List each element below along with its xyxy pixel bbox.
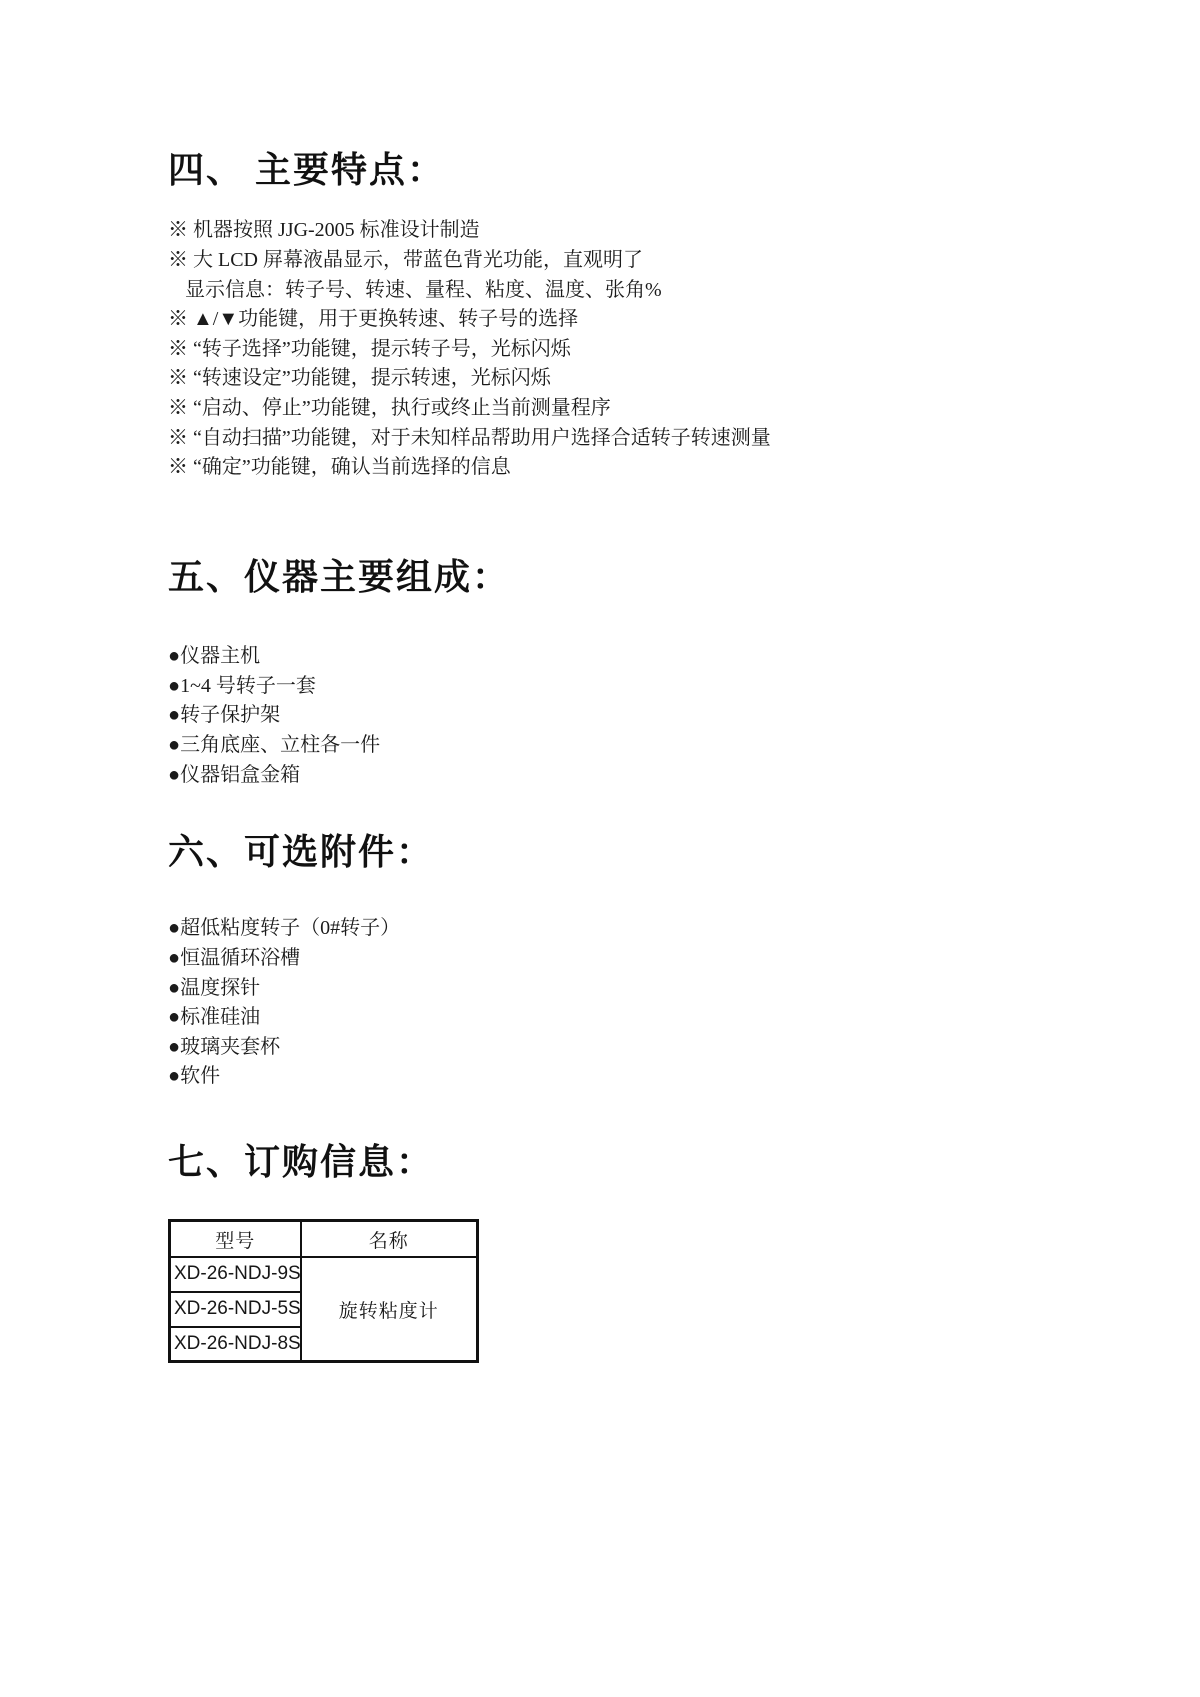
heading-main-features: 四、 主要特点：	[168, 150, 1050, 191]
feature-line: ※ “转速设定”功能键，提示转速，光标闪烁	[168, 364, 1050, 394]
feature-line: ※ 机器按照 JJG-2005 标准设计制造	[168, 216, 1050, 246]
component-item: ●1~4 号转子一套	[168, 672, 1050, 702]
ordering-table: 型号 名称 XD-26-NDJ-9S 旋转粘度计 XD-26-NDJ-5S XD…	[168, 1219, 479, 1363]
feature-line: ※ “转子选择”功能键，提示转子号，光标闪烁	[168, 335, 1050, 365]
section-main-features: 四、 主要特点： ※ 机器按照 JJG-2005 标准设计制造 ※ 大 LCD …	[168, 150, 1050, 483]
component-item: ●三角底座、立柱各一件	[168, 731, 1050, 761]
accessory-item: ●恒温循环浴槽	[168, 944, 1050, 974]
feature-line: ※ “自动扫描”功能键，对于未知样品帮助用户选择合适转子转速测量	[168, 424, 1050, 454]
feature-list: ※ 机器按照 JJG-2005 标准设计制造 ※ 大 LCD 屏幕液晶显示，带蓝…	[168, 216, 1050, 482]
table-row: XD-26-NDJ-9S 旋转粘度计	[170, 1257, 478, 1292]
component-item: ●仪器铝盒金箱	[168, 761, 1050, 791]
accessory-item: ●软件	[168, 1062, 1050, 1092]
feature-line-display-info: 显示信息：转子号、转速、量程、粘度、温度、张角%	[168, 276, 1050, 306]
heading-ordering: 七、订购信息：	[168, 1142, 1050, 1183]
table-header-row: 型号 名称	[170, 1221, 478, 1257]
product-name-cell: 旋转粘度计	[301, 1257, 478, 1362]
component-list: ●仪器主机 ●1~4 号转子一套 ●转子保护架 ●三角底座、立柱各一件 ●仪器铝…	[168, 642, 1050, 790]
feature-line: ※ “确定”功能键，确认当前选择的信息	[168, 453, 1050, 483]
section-accessories: 六、可选附件： ●超低粘度转子（0#转子） ●恒温循环浴槽 ●温度探针 ●标准硅…	[168, 832, 1050, 1092]
feature-line: ※ “启动、停止”功能键，执行或终止当前测量程序	[168, 394, 1050, 424]
column-header-model: 型号	[170, 1221, 301, 1257]
model-cell: XD-26-NDJ-8S	[170, 1327, 301, 1362]
accessory-item: ●温度探针	[168, 974, 1050, 1004]
accessory-item: ●超低粘度转子（0#转子）	[168, 914, 1050, 944]
document-page: 四、 主要特点： ※ 机器按照 JJG-2005 标准设计制造 ※ 大 LCD …	[0, 0, 1200, 1697]
heading-components: 五、仪器主要组成：	[168, 557, 1050, 598]
accessory-item: ●玻璃夹套杯	[168, 1033, 1050, 1063]
accessory-item: ●标准硅油	[168, 1003, 1050, 1033]
component-item: ●转子保护架	[168, 701, 1050, 731]
model-cell: XD-26-NDJ-9S	[170, 1257, 301, 1292]
accessory-list: ●超低粘度转子（0#转子） ●恒温循环浴槽 ●温度探针 ●标准硅油 ●玻璃夹套杯…	[168, 914, 1050, 1092]
section-components: 五、仪器主要组成： ●仪器主机 ●1~4 号转子一套 ●转子保护架 ●三角底座、…	[168, 557, 1050, 790]
section-ordering: 七、订购信息： 型号 名称 XD-26-NDJ-9S 旋转粘度计 XD-26-N…	[168, 1142, 1050, 1363]
column-header-name: 名称	[301, 1221, 478, 1257]
feature-line: ※ ▲/▼功能键，用于更换转速、转子号的选择	[168, 305, 1050, 335]
component-item: ●仪器主机	[168, 642, 1050, 672]
model-cell: XD-26-NDJ-5S	[170, 1292, 301, 1327]
feature-line: ※ 大 LCD 屏幕液晶显示，带蓝色背光功能，直观明了	[168, 246, 1050, 276]
heading-accessories: 六、可选附件：	[168, 832, 1050, 873]
